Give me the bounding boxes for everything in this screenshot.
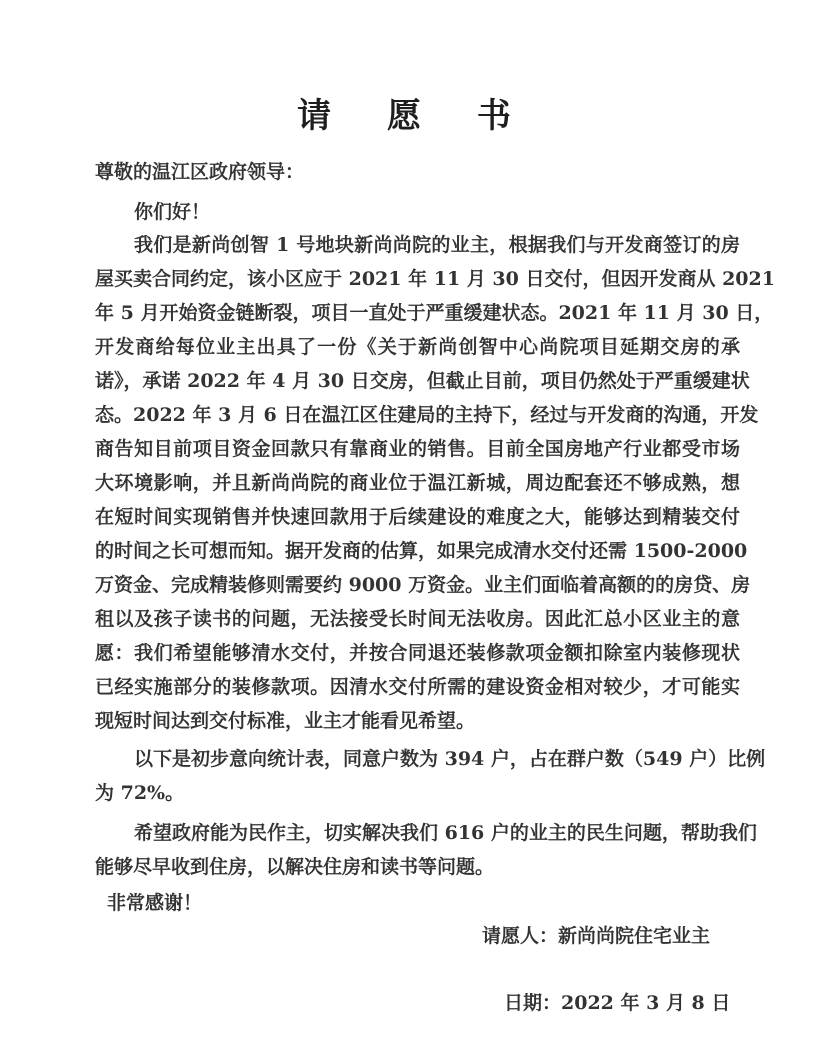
greeting: 你们好！ xyxy=(134,200,740,224)
paragraph-line: 诺》，承诺 2022 年 4 月 30 日交房，但截止目前，项目仍然处于严重缓建… xyxy=(95,369,740,393)
paragraph-line: 现短时间达到交付标准，业主才能看见希望。 xyxy=(95,709,740,733)
salutation: 尊敬的温江区政府领导： xyxy=(95,160,740,184)
paragraph-line: 租以及孩子读书的问题，无法接受长时间无法收房。因此汇总小区业主的意 xyxy=(95,607,740,631)
closing: 非常感谢！ xyxy=(107,891,752,915)
paragraph-line: 屋买卖合同约定，该小区应于 2021 年 11 月 30 日交付，但因开发商从 … xyxy=(95,267,740,291)
paragraph-line: 商告知目前项目资金回款只有靠商业的销售。目前全国房地产行业都受市场 xyxy=(95,437,740,461)
paragraph-line: 大环境影响，并且新尚尚院的商业位于温江新城，周边配套还不够成熟，想 xyxy=(95,471,740,495)
paragraph-line: 希望政府能为民作主，切实解决我们 616 户的业主的民生问题，帮助我们 xyxy=(134,821,740,845)
paragraph-line: 年 5 月开始资金链断裂，项目一直处于严重缓建状态。2021 年 11 月 30… xyxy=(95,301,740,325)
paragraph-line: 万资金、完成精装修则需要约 9000 万资金。业主们面临着高额的的房贷、房 xyxy=(95,573,740,597)
paragraph-line: 能够尽早收到住房，以解决住房和读书等问题。 xyxy=(95,855,740,879)
paragraph-line: 愿：我们希望能够清水交付，并按合同退还装修款项金额扣除室内装修现状 xyxy=(95,641,740,665)
paragraph-line: 在短时间实现销售并快速回款用于后续建设的难度之大，能够达到精装交付 xyxy=(95,505,740,529)
paragraph-line: 以下是初步意向统计表，同意户数为 394 户，占在群户数（549 户）比例 xyxy=(134,747,740,771)
paragraph-line: 开发商给每位业主出具了一份《关于新尚创智中心尚院项目延期交房的承 xyxy=(95,335,740,359)
paragraph-line: 态。2022 年 3 月 6 日在温江区住建局的主持下，经过与开发商的沟通，开发 xyxy=(95,403,740,427)
petition-document: 请 愿 书 尊敬的温江区政府领导： 你们好！ 我们是新尚创智 1 号地块新尚尚院… xyxy=(0,0,830,1046)
signatory: 请愿人：新尚尚院住宅业主 xyxy=(482,921,710,948)
document-title: 请 愿 书 xyxy=(0,88,830,137)
date: 日期：2022 年 3 月 8 日 xyxy=(504,988,730,1015)
paragraph-line: 的时间之长可想而知。据开发商的估算，如果完成清水交付还需 1500-2000 xyxy=(95,539,740,563)
paragraph-line: 已经实施部分的装修款项。因清水交付所需的建设资金相对较少，才可能实 xyxy=(95,675,740,699)
paragraph-line: 我们是新尚创智 1 号地块新尚尚院的业主，根据我们与开发商签订的房 xyxy=(134,233,740,257)
paragraph-line: 为 72%。 xyxy=(95,781,740,805)
